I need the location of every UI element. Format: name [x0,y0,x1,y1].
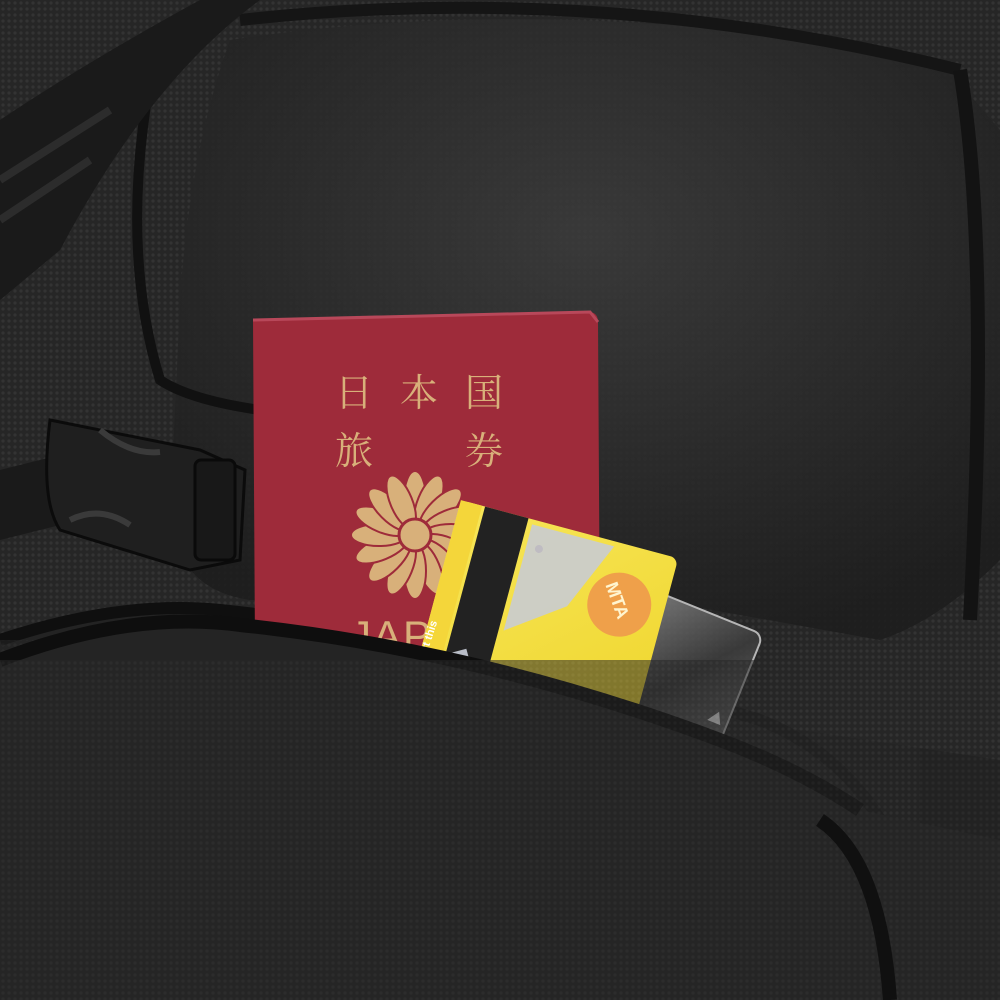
pocket-lip [0,0,1000,1000]
backpack-photo: 日 本 国 旅 券 JAP MTA Met insert this [0,0,1000,1000]
